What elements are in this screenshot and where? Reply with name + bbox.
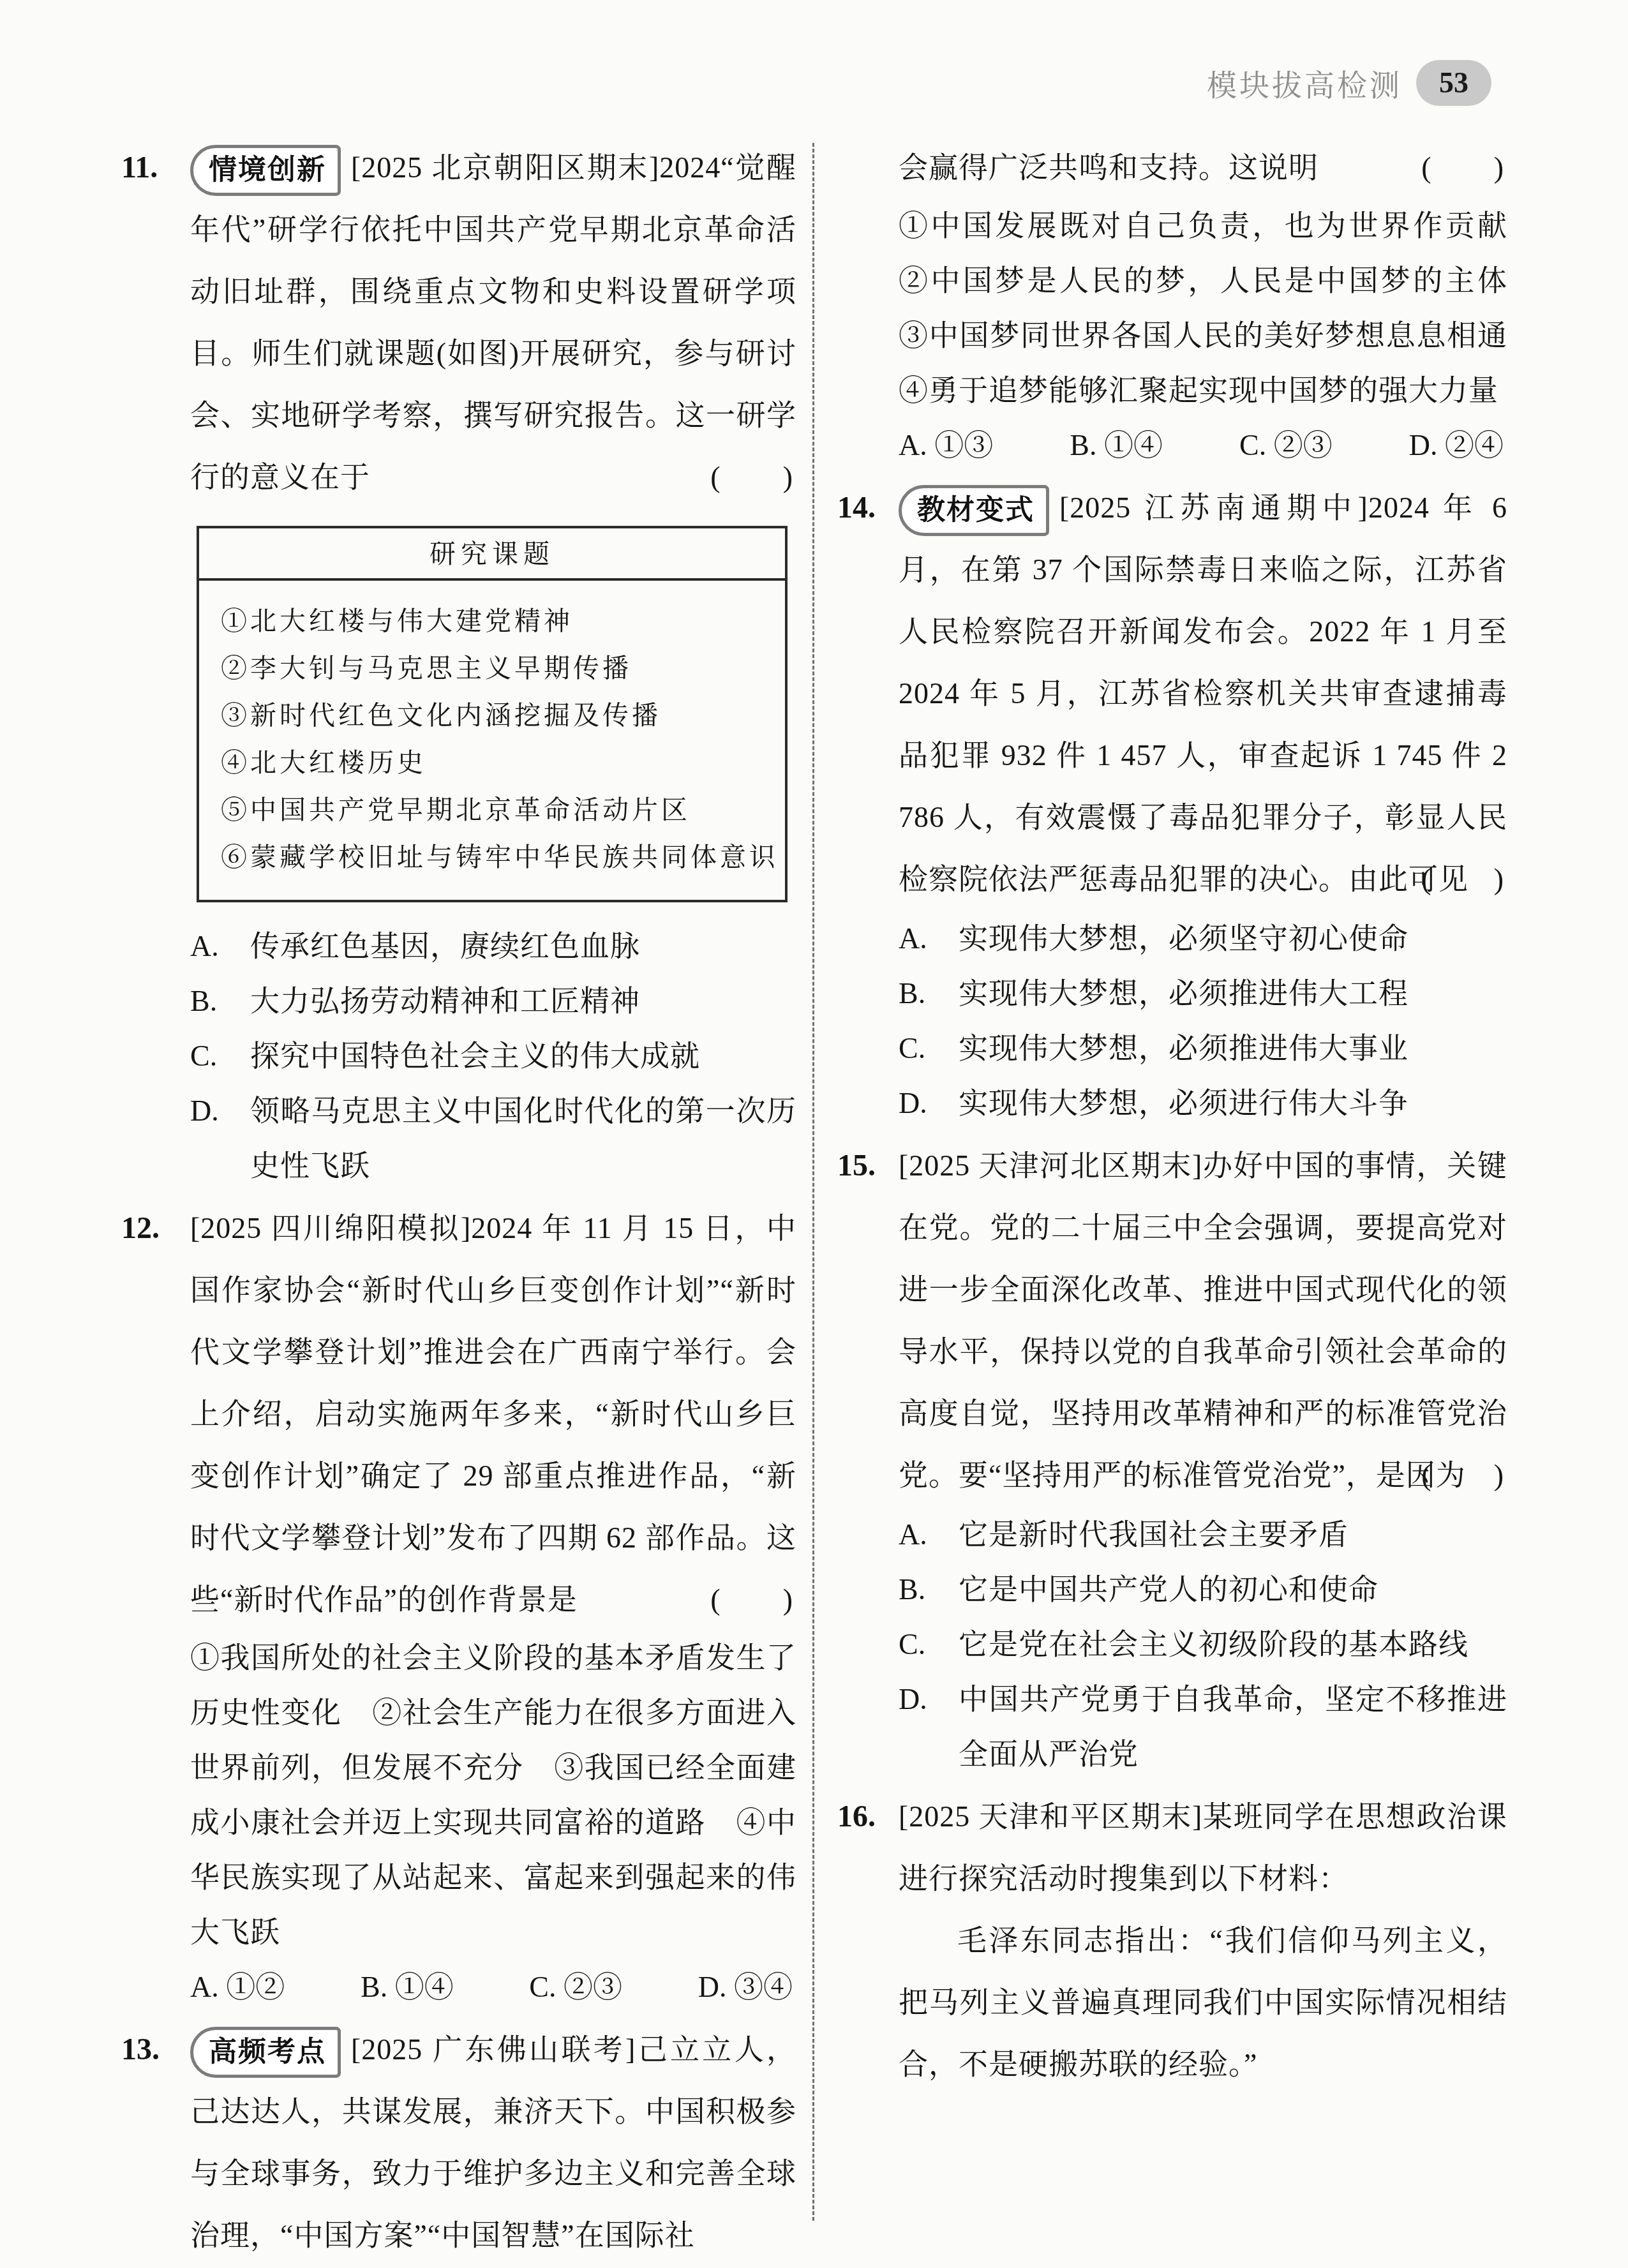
question-15-options: A. 它是新时代我国社会主要矛盾 B. 它是中国共产党人的初心和使命 C. 它是…	[899, 1507, 1507, 1782]
research-topic-item: ②李大钊与马克思主义早期传播	[221, 645, 773, 692]
question-12: 12. [2025 四川绵阳模拟]2024 年 11 月 15 日，中国作家协会…	[121, 1197, 796, 2015]
question-16: 16. [2025 天津和平区期末]某班同学在思想政治课进行探究活动时搜集到以下…	[837, 1786, 1507, 2095]
question-12-answer-paren: ( )	[710, 1569, 794, 1630]
left-column: 11. 情境创新[2025 北京朝阳区期末]2024“觉醒年代”研学行依托中国共…	[121, 137, 796, 2268]
question-16-stem: [2025 天津和平区期末]某班同学在思想政治课进行探究活动时搜集到以下材料：	[899, 1786, 1507, 1909]
option-a-text: 传承红色基因，赓续红色血脉	[250, 919, 796, 974]
option-a-label: A.	[899, 911, 959, 966]
option-b: B. 实现伟大梦想，必须推进伟大工程	[899, 966, 1507, 1021]
option-a-label: A.	[899, 1507, 959, 1562]
question-13-answer-paren: ( )	[1421, 137, 1505, 198]
question-13-body-right: 会赢得广泛共鸣和支持。这说明( ) ①中国发展既对自己负责，也为世界作贡献 ②中…	[899, 137, 1507, 473]
question-13-continuation: 会赢得广泛共鸣和支持。这说明( ) ①中国发展既对自己负责，也为世界作贡献 ②中…	[837, 137, 1507, 473]
question-14-body: 教材变式[2025 江苏南通期中]2024 年 6 月，在第 37 个国际禁毒日…	[899, 477, 1507, 1131]
question-13: 13. 高频考点[2025 广东佛山联考]己立立人，己达达人，共谋发展，兼济天下…	[121, 2018, 796, 2266]
question-16-stem-text: [2025 天津和平区期末]某班同学在思想政治课进行探究活动时搜集到以下材料：	[899, 1800, 1507, 1895]
question-11-stem: 情境创新[2025 北京朝阳区期末]2024“觉醒年代”研学行依托中国共产党早期…	[190, 137, 796, 508]
option-c-label: C.	[190, 1029, 250, 1084]
question-12-number: 12.	[121, 1197, 190, 2015]
option-a-text: 实现伟大梦想，必须坚守初心使命	[959, 911, 1507, 966]
option-d-text: 中国共产党勇于自我革命，坚定不移推进全面从严治党	[959, 1672, 1507, 1782]
option-a-label: A.	[190, 919, 250, 974]
question-14-stem: 教材变式[2025 江苏南通期中]2024 年 6 月，在第 37 个国际禁毒日…	[899, 477, 1507, 910]
question-12-statements: ①我国所处的社会主义阶段的基本矛盾发生了历史性变化 ②社会生产能力在很多方面进入…	[190, 1630, 796, 1960]
option-d-text: 领略马克思主义中国化时代化的第一次历史性飞跃	[250, 1084, 796, 1193]
research-topics-box: 研究课题 ①北大红楼与伟大建党精神 ②李大钊与马克思主义早期传播 ③新时代红色文…	[197, 526, 788, 902]
option-d: D. 中国共产党勇于自我革命，坚定不移推进全面从严治党	[899, 1672, 1507, 1782]
question-13-statements: ①中国发展既对自己负责，也为世界作贡献 ②中国梦是人民的梦，人民是中国梦的主体 …	[899, 198, 1507, 418]
page-header-title: 模块拔高检测	[1207, 62, 1402, 105]
option-b-text: 大力弘扬劳动精神和工匠精神	[250, 974, 796, 1029]
question-13-options: A. ①③ B. ①④ C. ②③ D. ②④	[899, 418, 1507, 473]
research-topics-list: ①北大红楼与伟大建党精神 ②李大钊与马克思主义早期传播 ③新时代红色文化内涵挖掘…	[199, 581, 785, 900]
question-15-answer-paren: ( )	[1421, 1444, 1505, 1506]
question-11-answer-paren: ( )	[710, 446, 794, 508]
right-column: 会赢得广泛共鸣和支持。这说明( ) ①中国发展既对自己负责，也为世界作贡献 ②中…	[837, 137, 1507, 2099]
option-d-label: D.	[899, 1672, 959, 1782]
question-16-number: 16.	[837, 1786, 899, 2095]
question-13-stem-right: 会赢得广泛共鸣和支持。这说明( )	[899, 137, 1507, 198]
option-c-label: C.	[899, 1021, 959, 1076]
option-a: A. 实现伟大梦想，必须坚守初心使命	[899, 911, 1507, 966]
question-13-number-spacer	[837, 137, 899, 473]
question-11-number: 11.	[121, 137, 190, 1193]
research-topic-item: ③新时代红色文化内涵挖掘及传播	[221, 692, 773, 739]
tag-badge-qingjing-chuangxin: 情境创新	[190, 145, 341, 196]
option-b: B. ①④	[361, 1960, 454, 2015]
option-c-text: 实现伟大梦想，必须推进伟大事业	[959, 1021, 1507, 1076]
page-header: 模块拔高检测 53	[1207, 60, 1491, 106]
option-c: C. 它是党在社会主义初级阶段的基本路线	[899, 1617, 1507, 1672]
column-divider	[812, 143, 814, 2221]
option-b-text: 它是中国共产党人的初心和使命	[959, 1562, 1507, 1617]
option-c: C. 实现伟大梦想，必须推进伟大事业	[899, 1021, 1507, 1076]
question-12-stem: [2025 四川绵阳模拟]2024 年 11 月 15 日，中国作家协会“新时代…	[190, 1197, 796, 1630]
option-b-text: 实现伟大梦想，必须推进伟大工程	[959, 966, 1507, 1021]
question-15-number: 15.	[837, 1135, 899, 1782]
question-12-body: [2025 四川绵阳模拟]2024 年 11 月 15 日，中国作家协会“新时代…	[190, 1197, 796, 2015]
question-14: 14. 教材变式[2025 江苏南通期中]2024 年 6 月，在第 37 个国…	[837, 477, 1507, 1131]
option-b: B. 大力弘扬劳动精神和工匠精神	[190, 974, 796, 1029]
option-c-label: C.	[899, 1617, 959, 1672]
question-15-body: [2025 天津河北区期末]办好中国的事情，关键在党。党的二十届三中全会强调，要…	[899, 1135, 1507, 1782]
question-13-stem-left: 高频考点[2025 广东佛山联考]己立立人，己达达人，共谋发展，兼济天下。中国积…	[190, 2018, 796, 2266]
option-d: D. ③④	[698, 1960, 793, 2015]
question-12-options: A. ①② B. ①④ C. ②③ D. ③④	[190, 1960, 796, 2015]
question-16-body: [2025 天津和平区期末]某班同学在思想政治课进行探究活动时搜集到以下材料： …	[899, 1786, 1507, 2095]
research-topic-item: ⑥蒙藏学校旧址与铸牢中华民族共同体意识	[221, 833, 773, 881]
question-15-stem-text: [2025 天津河北区期末]办好中国的事情，关键在党。党的二十届三中全会强调，要…	[899, 1149, 1507, 1491]
question-14-answer-paren: ( )	[1421, 848, 1505, 910]
option-b-label: B.	[190, 974, 250, 1029]
question-13-stem-right-text: 会赢得广泛共鸣和支持。这说明	[899, 151, 1318, 184]
option-d: D. 实现伟大梦想，必须进行伟大斗争	[899, 1076, 1507, 1131]
research-topic-item: ⑤中国共产党早期北京革命活动片区	[221, 786, 773, 833]
option-c: C. ②③	[1239, 418, 1333, 473]
option-d-text: 实现伟大梦想，必须进行伟大斗争	[959, 1076, 1507, 1131]
option-a-text: 它是新时代我国社会主要矛盾	[959, 1507, 1507, 1562]
option-c-text: 它是党在社会主义初级阶段的基本路线	[959, 1617, 1507, 1672]
question-14-stem-text: [2025 江苏南通期中]2024 年 6 月，在第 37 个国际禁毒日来临之际…	[899, 491, 1507, 895]
option-b: B. 它是中国共产党人的初心和使命	[899, 1562, 1507, 1617]
option-b: B. ①④	[1070, 418, 1163, 473]
option-b-label: B.	[899, 1562, 959, 1617]
option-a: A. ①②	[190, 1960, 285, 2015]
question-14-options: A. 实现伟大梦想，必须坚守初心使命 B. 实现伟大梦想，必须推进伟大工程 C.…	[899, 911, 1507, 1131]
option-d: D. 领略马克思主义中国化时代化的第一次历史性飞跃	[190, 1084, 796, 1193]
research-topics-title: 研究课题	[199, 528, 785, 581]
tag-badge-jiaocai-bianshi: 教材变式	[899, 485, 1049, 536]
question-11-body: 情境创新[2025 北京朝阳区期末]2024“觉醒年代”研学行依托中国共产党早期…	[190, 137, 796, 1193]
option-a: A. 它是新时代我国社会主要矛盾	[899, 1507, 1507, 1562]
option-d-label: D.	[899, 1076, 959, 1131]
exam-page: { "header": { "title": "模块拔高检测", "page_n…	[0, 0, 1628, 2268]
question-14-number: 14.	[837, 477, 899, 1131]
option-a: A. 传承红色基因，赓续红色血脉	[190, 919, 796, 974]
question-11-stem-text: [2025 北京朝阳区期末]2024“觉醒年代”研学行依托中国共产党早期北京革命…	[190, 151, 796, 493]
option-c: C. ②③	[529, 1960, 622, 2015]
research-topic-item: ④北大红楼历史	[221, 739, 773, 786]
question-16-material-quote: 毛泽东同志指出：“我们信仰马列主义，把马列主义普遍真理同我们中国实际情况相结合，…	[899, 1909, 1507, 2095]
research-topic-item: ①北大红楼与伟大建党精神	[221, 597, 773, 645]
question-15-stem: [2025 天津河北区期末]办好中国的事情，关键在党。党的二十届三中全会强调，要…	[899, 1135, 1507, 1506]
tag-badge-gaopin-kaodian: 高频考点	[190, 2027, 341, 2078]
option-d: D. ②④	[1409, 418, 1504, 473]
question-11: 11. 情境创新[2025 北京朝阳区期末]2024“觉醒年代”研学行依托中国共…	[121, 137, 796, 1193]
question-13-number: 13.	[121, 2018, 190, 2266]
question-11-options: A. 传承红色基因，赓续红色血脉 B. 大力弘扬劳动精神和工匠精神 C. 探究中…	[190, 919, 796, 1193]
option-d-label: D.	[190, 1084, 250, 1193]
option-b-label: B.	[899, 966, 959, 1021]
option-c-text: 探究中国特色社会主义的伟大成就	[250, 1029, 796, 1084]
question-15: 15. [2025 天津河北区期末]办好中国的事情，关键在党。党的二十届三中全会…	[837, 1135, 1507, 1782]
question-13-body-left: 高频考点[2025 广东佛山联考]己立立人，己达达人，共谋发展，兼济天下。中国积…	[190, 2018, 796, 2266]
question-12-stem-text: [2025 四川绵阳模拟]2024 年 11 月 15 日，中国作家协会“新时代…	[190, 1212, 796, 1616]
page-number-badge: 53	[1416, 60, 1491, 106]
option-a: A. ①③	[899, 418, 993, 473]
option-c: C. 探究中国特色社会主义的伟大成就	[190, 1029, 796, 1084]
